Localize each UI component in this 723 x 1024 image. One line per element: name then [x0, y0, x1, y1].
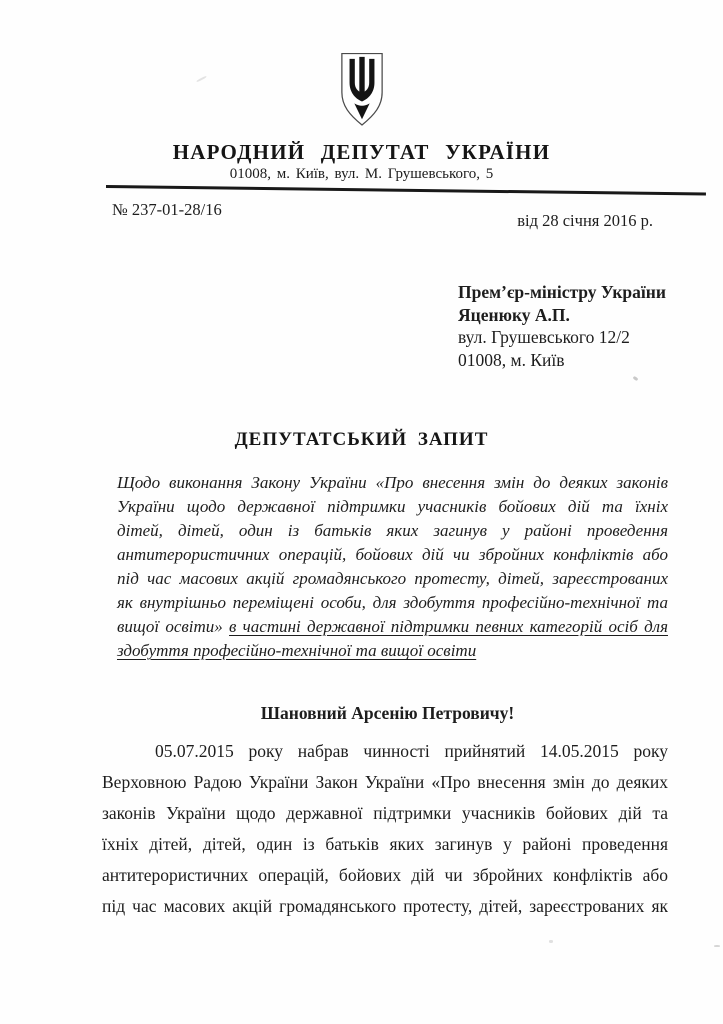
letterhead-rule [106, 185, 706, 196]
subject-text: як внутрішньо переміщені особи, для здоб… [117, 593, 668, 612]
body-line: законів України щодо державної підтримки… [102, 798, 668, 829]
subject-line: Щодо виконання Закону України «Про внесе… [117, 471, 668, 495]
scan-artifact [633, 376, 639, 381]
recipient-title: Прем’єр-міністру України [458, 281, 723, 304]
recipient-name: Яценюку А.П. [458, 304, 723, 327]
subject-line: дітей, дітей, один із батьків яких загин… [117, 519, 668, 543]
org-address: 01008, м. Київ, вул. М. Грушевського, 5 [0, 165, 723, 183]
subject-line: здобуття професійно-технічної та вищої о… [117, 639, 668, 663]
recipient-street: вул. Грушевського 12/2 [458, 326, 723, 349]
body-line: 05.07.2015 року набрав чинності прийняти… [102, 736, 668, 767]
subject-line: України щодо державної підтримки учасник… [117, 495, 668, 519]
reference-row: № 237-01-28/16 від 28 січня 2016 р. [112, 200, 653, 231]
body-line: Верховною Радою України Закон України «П… [102, 767, 668, 798]
subject-text: вищої освіти» [117, 617, 229, 636]
subject-line: як внутрішньо переміщені особи, для здоб… [117, 591, 668, 615]
org-name: НАРОДНИЙ ДЕПУТАТ УКРАЇНИ [0, 140, 723, 164]
recipient-block: Прем’єр-міністру України Яценюку А.П. ву… [458, 281, 723, 371]
reference-date: від 28 січня 2016 р. [517, 211, 653, 231]
document-page: НАРОДНИЙ ДЕПУТАТ УКРАЇНИ 01008, м. Київ,… [0, 0, 723, 1024]
scan-artifact [196, 76, 207, 83]
scan-artifact [714, 945, 720, 947]
body-line: їхніх дітей, дітей, один із батьків яких… [102, 829, 668, 860]
subject-text: Щодо виконання Закону України «Про внесе… [117, 473, 668, 492]
subject-line: вищої освіти» в частині державної підтри… [117, 615, 668, 639]
subject-underlined-text: здобуття професійно-технічної та вищої о… [117, 641, 476, 660]
scan-artifact [549, 940, 553, 943]
subject-underlined-text: в частині державної підтримки певних кат… [229, 617, 668, 636]
body-line: під час масових акцій громадянського про… [102, 891, 668, 922]
salutation: Шановний Арсенію Петровичу! [0, 703, 723, 724]
subject-block: Щодо виконання Закону України «Про внесе… [117, 471, 668, 663]
subject-text: України щодо державної підтримки учасник… [117, 497, 668, 516]
subject-line: антитерористичних операцій, бойових дій … [117, 543, 668, 567]
body-paragraph: 05.07.2015 року набрав чинності прийняти… [102, 736, 668, 922]
reference-number: № 237-01-28/16 [112, 200, 222, 220]
subject-text: під час масових акцій громадянського про… [117, 569, 668, 588]
ukraine-trident-emblem [339, 52, 385, 127]
subject-text: антитерористичних операцій, бойових дій … [117, 545, 668, 564]
recipient-city: 01008, м. Київ [458, 349, 723, 372]
body-line: антитерористичних операцій, бойових дій … [102, 860, 668, 891]
document-title: ДЕПУТАТСЬКИЙ ЗАПИТ [0, 428, 723, 451]
subject-line: під час масових акцій громадянського про… [117, 567, 668, 591]
subject-text: дітей, дітей, один із батьків яких загин… [117, 521, 668, 540]
